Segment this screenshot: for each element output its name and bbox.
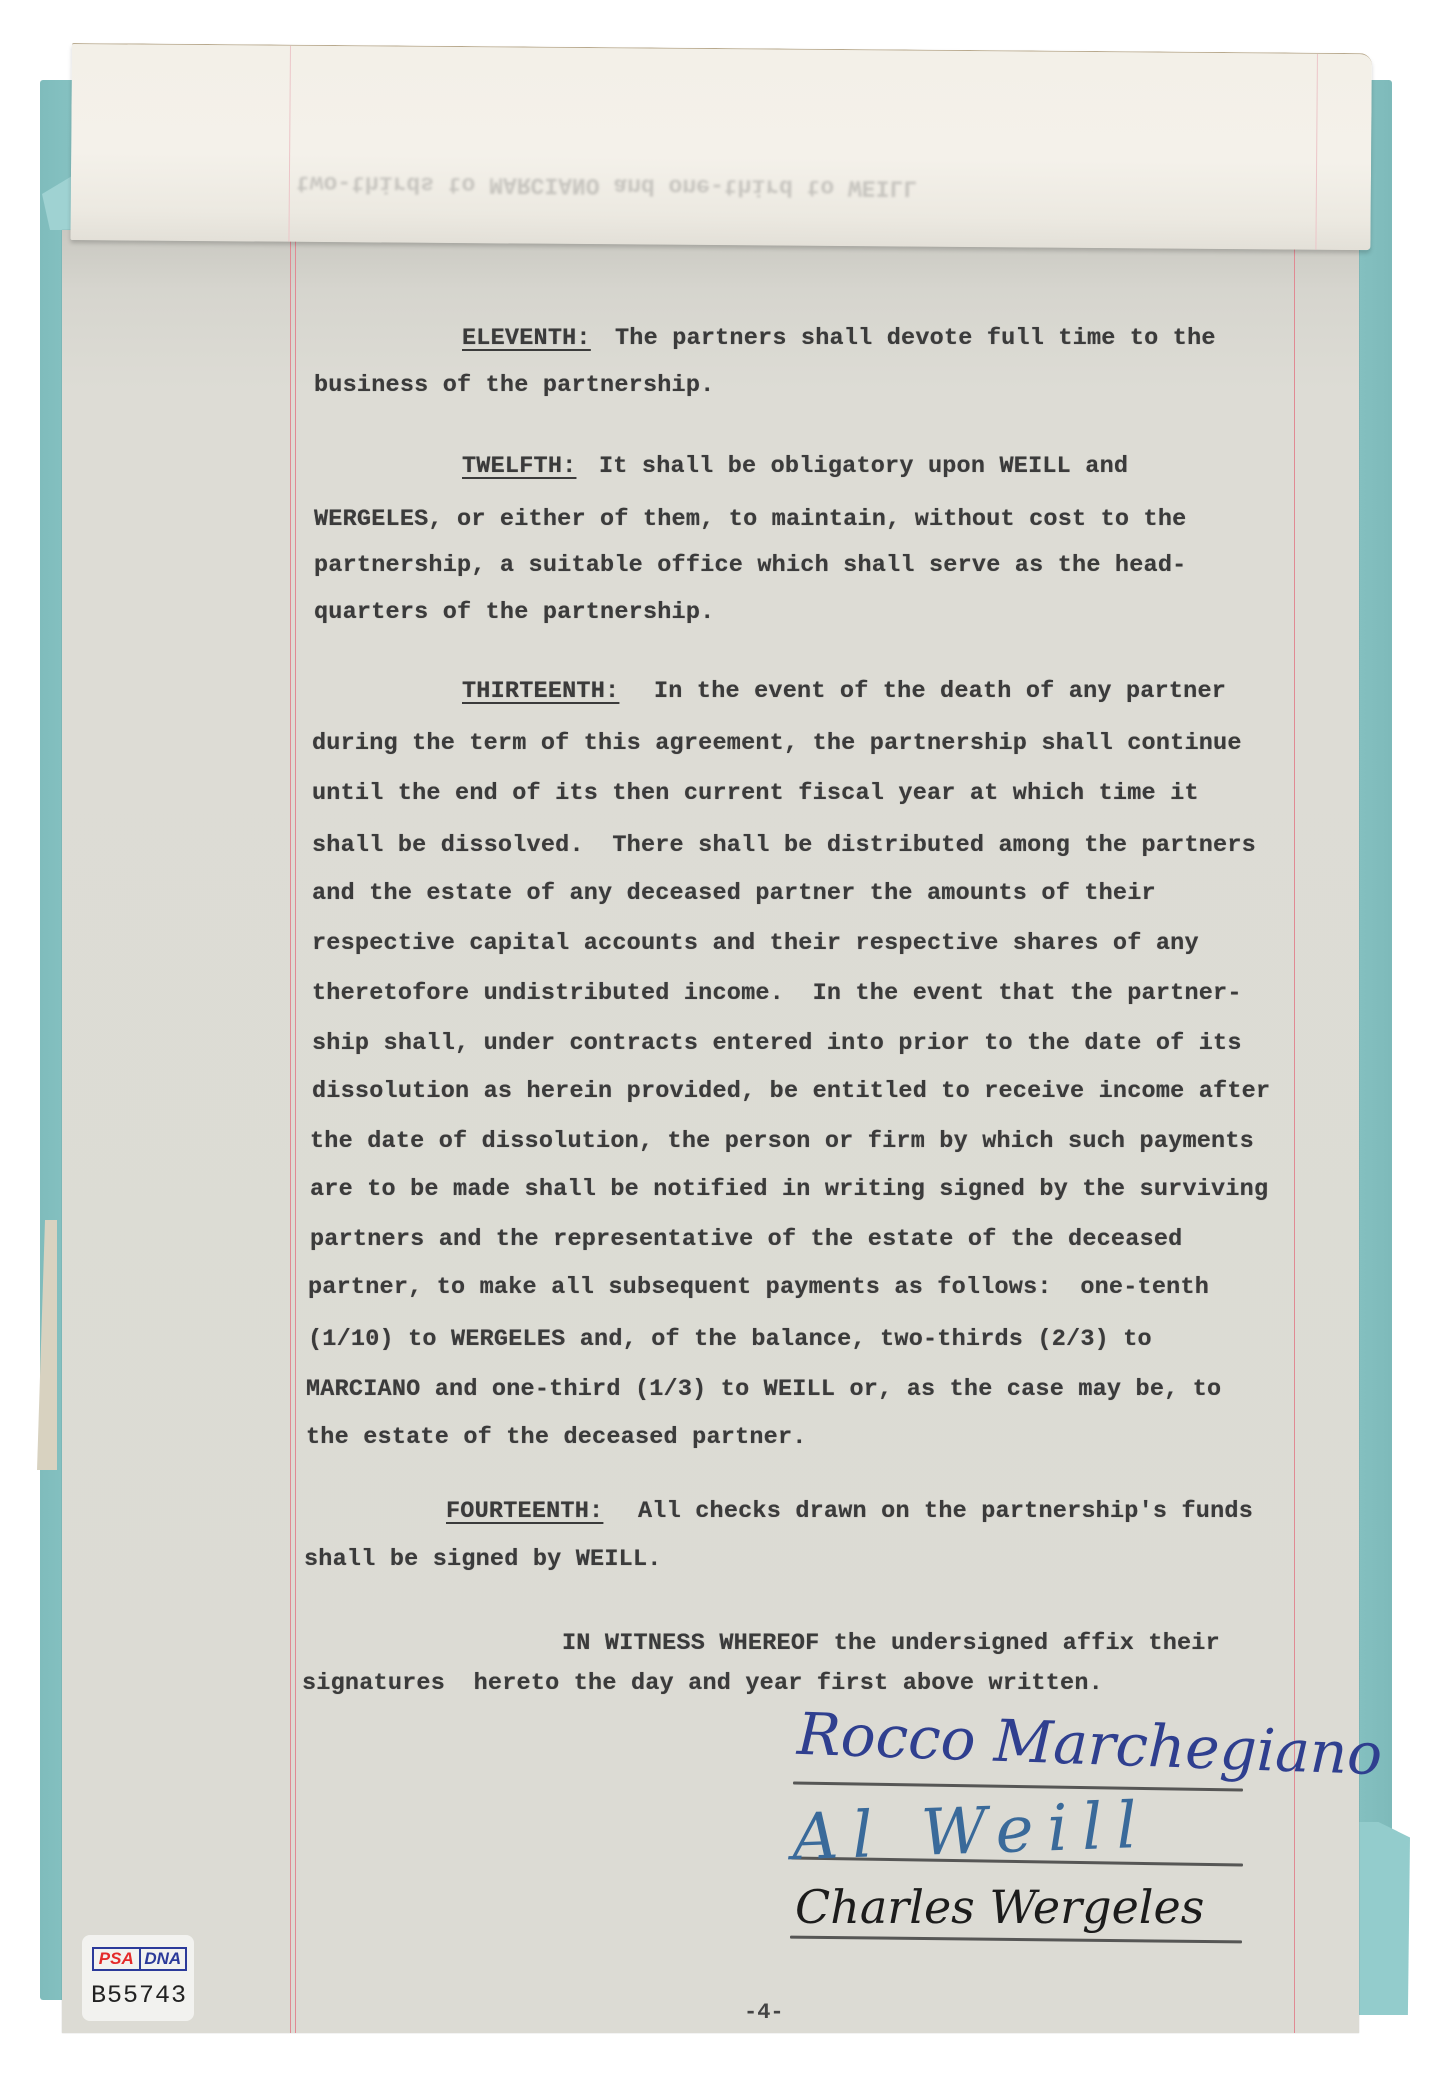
bleed-through-text: the following portions: So much of the l…	[291, 60, 1336, 250]
section-text-line: quarters of the partnership.	[314, 599, 714, 626]
section-text-line: business of the partnership.	[314, 372, 714, 399]
signature-al-weill: Al Weill	[791, 1789, 1152, 1875]
section-text-line: respective capital accounts and their re…	[312, 930, 1199, 957]
signature-line-1	[793, 1781, 1243, 1791]
section-text-line: dissolution as herein provided, be entit…	[312, 1078, 1270, 1105]
signature-rocco-marchegiano: Rocco Marchegiano	[796, 1700, 1383, 1788]
section-text-line: ship shall, under contracts entered into…	[312, 1030, 1242, 1057]
authentication-code: B55743	[91, 1981, 187, 2010]
section-text-line: theretofore undistributed income. In the…	[312, 980, 1242, 1007]
section-text-line: are to be made shall be notified in writ…	[310, 1176, 1268, 1203]
witness-clause-line: IN WITNESS WHEREOF the undersigned affix…	[562, 1630, 1220, 1657]
section-text-line: partner, to make all subsequent payments…	[308, 1274, 1209, 1301]
signature-charles-wergeles: Charles Wergeles	[795, 1880, 1204, 1934]
left-margin-rule-inner	[295, 230, 296, 2033]
bleed-line: two-thirds to MARCIANO and one-third to …	[296, 158, 1336, 215]
section-text-line: The partners shall devote full time to t…	[615, 325, 1216, 352]
section-text-line: partnership, a suitable office which sha…	[314, 552, 1186, 579]
page-number: -4-	[744, 2000, 784, 2025]
section-text-line: MARCIANO and one-third (1/3) to WEILL or…	[306, 1376, 1221, 1403]
section-heading-fourteenth: FOURTEENTH:	[446, 1498, 603, 1525]
section-heading-eleventh: ELEVENTH:	[462, 325, 591, 352]
signature-line-3	[790, 1936, 1242, 1944]
psa-logo-text: PSA	[94, 1949, 141, 1969]
section-text-line: In the event of the death of any partner	[654, 678, 1226, 705]
folded-previous-page-flap: the following portions: So much of the l…	[70, 43, 1372, 250]
psa-dna-logo: PSA DNA	[92, 1947, 187, 1971]
left-margin-rule	[290, 230, 291, 2033]
section-text-line: and the estate of any deceased partner t…	[312, 880, 1156, 907]
document-page: ELEVENTH: The partners shall devote full…	[62, 230, 1359, 2033]
dna-logo-text: DNA	[141, 1949, 186, 1969]
section-text-line: (1/10) to WERGELES and, of the balance, …	[308, 1326, 1152, 1353]
section-text-line: WERGELES, or either of them, to maintain…	[314, 506, 1186, 533]
section-text-line: shall be dissolved. There shall be distr…	[312, 832, 1256, 859]
authentication-sticker: PSA DNA B55743	[82, 1935, 194, 2021]
section-heading-twelfth: TWELFTH:	[462, 453, 576, 480]
section-text-line: the estate of the deceased partner.	[306, 1424, 807, 1451]
section-heading-thirteenth: THIRTEENTH:	[462, 678, 619, 705]
flap-margin-rule	[288, 46, 291, 242]
section-text-line: partners and the representative of the e…	[310, 1226, 1182, 1253]
section-text-line: until the end of its then current fiscal…	[312, 780, 1199, 807]
witness-clause-line: signatures hereto the day and year first…	[302, 1670, 1103, 1697]
section-text-line: All checks drawn on the partnership's fu…	[638, 1498, 1253, 1525]
section-text-line: during the term of this agreement, the p…	[312, 730, 1242, 757]
section-text-line: shall be signed by WEILL.	[304, 1546, 662, 1573]
section-text-line: It shall be obligatory upon WEILL and	[599, 453, 1128, 480]
section-text-line: the date of dissolution, the person or f…	[310, 1128, 1254, 1155]
